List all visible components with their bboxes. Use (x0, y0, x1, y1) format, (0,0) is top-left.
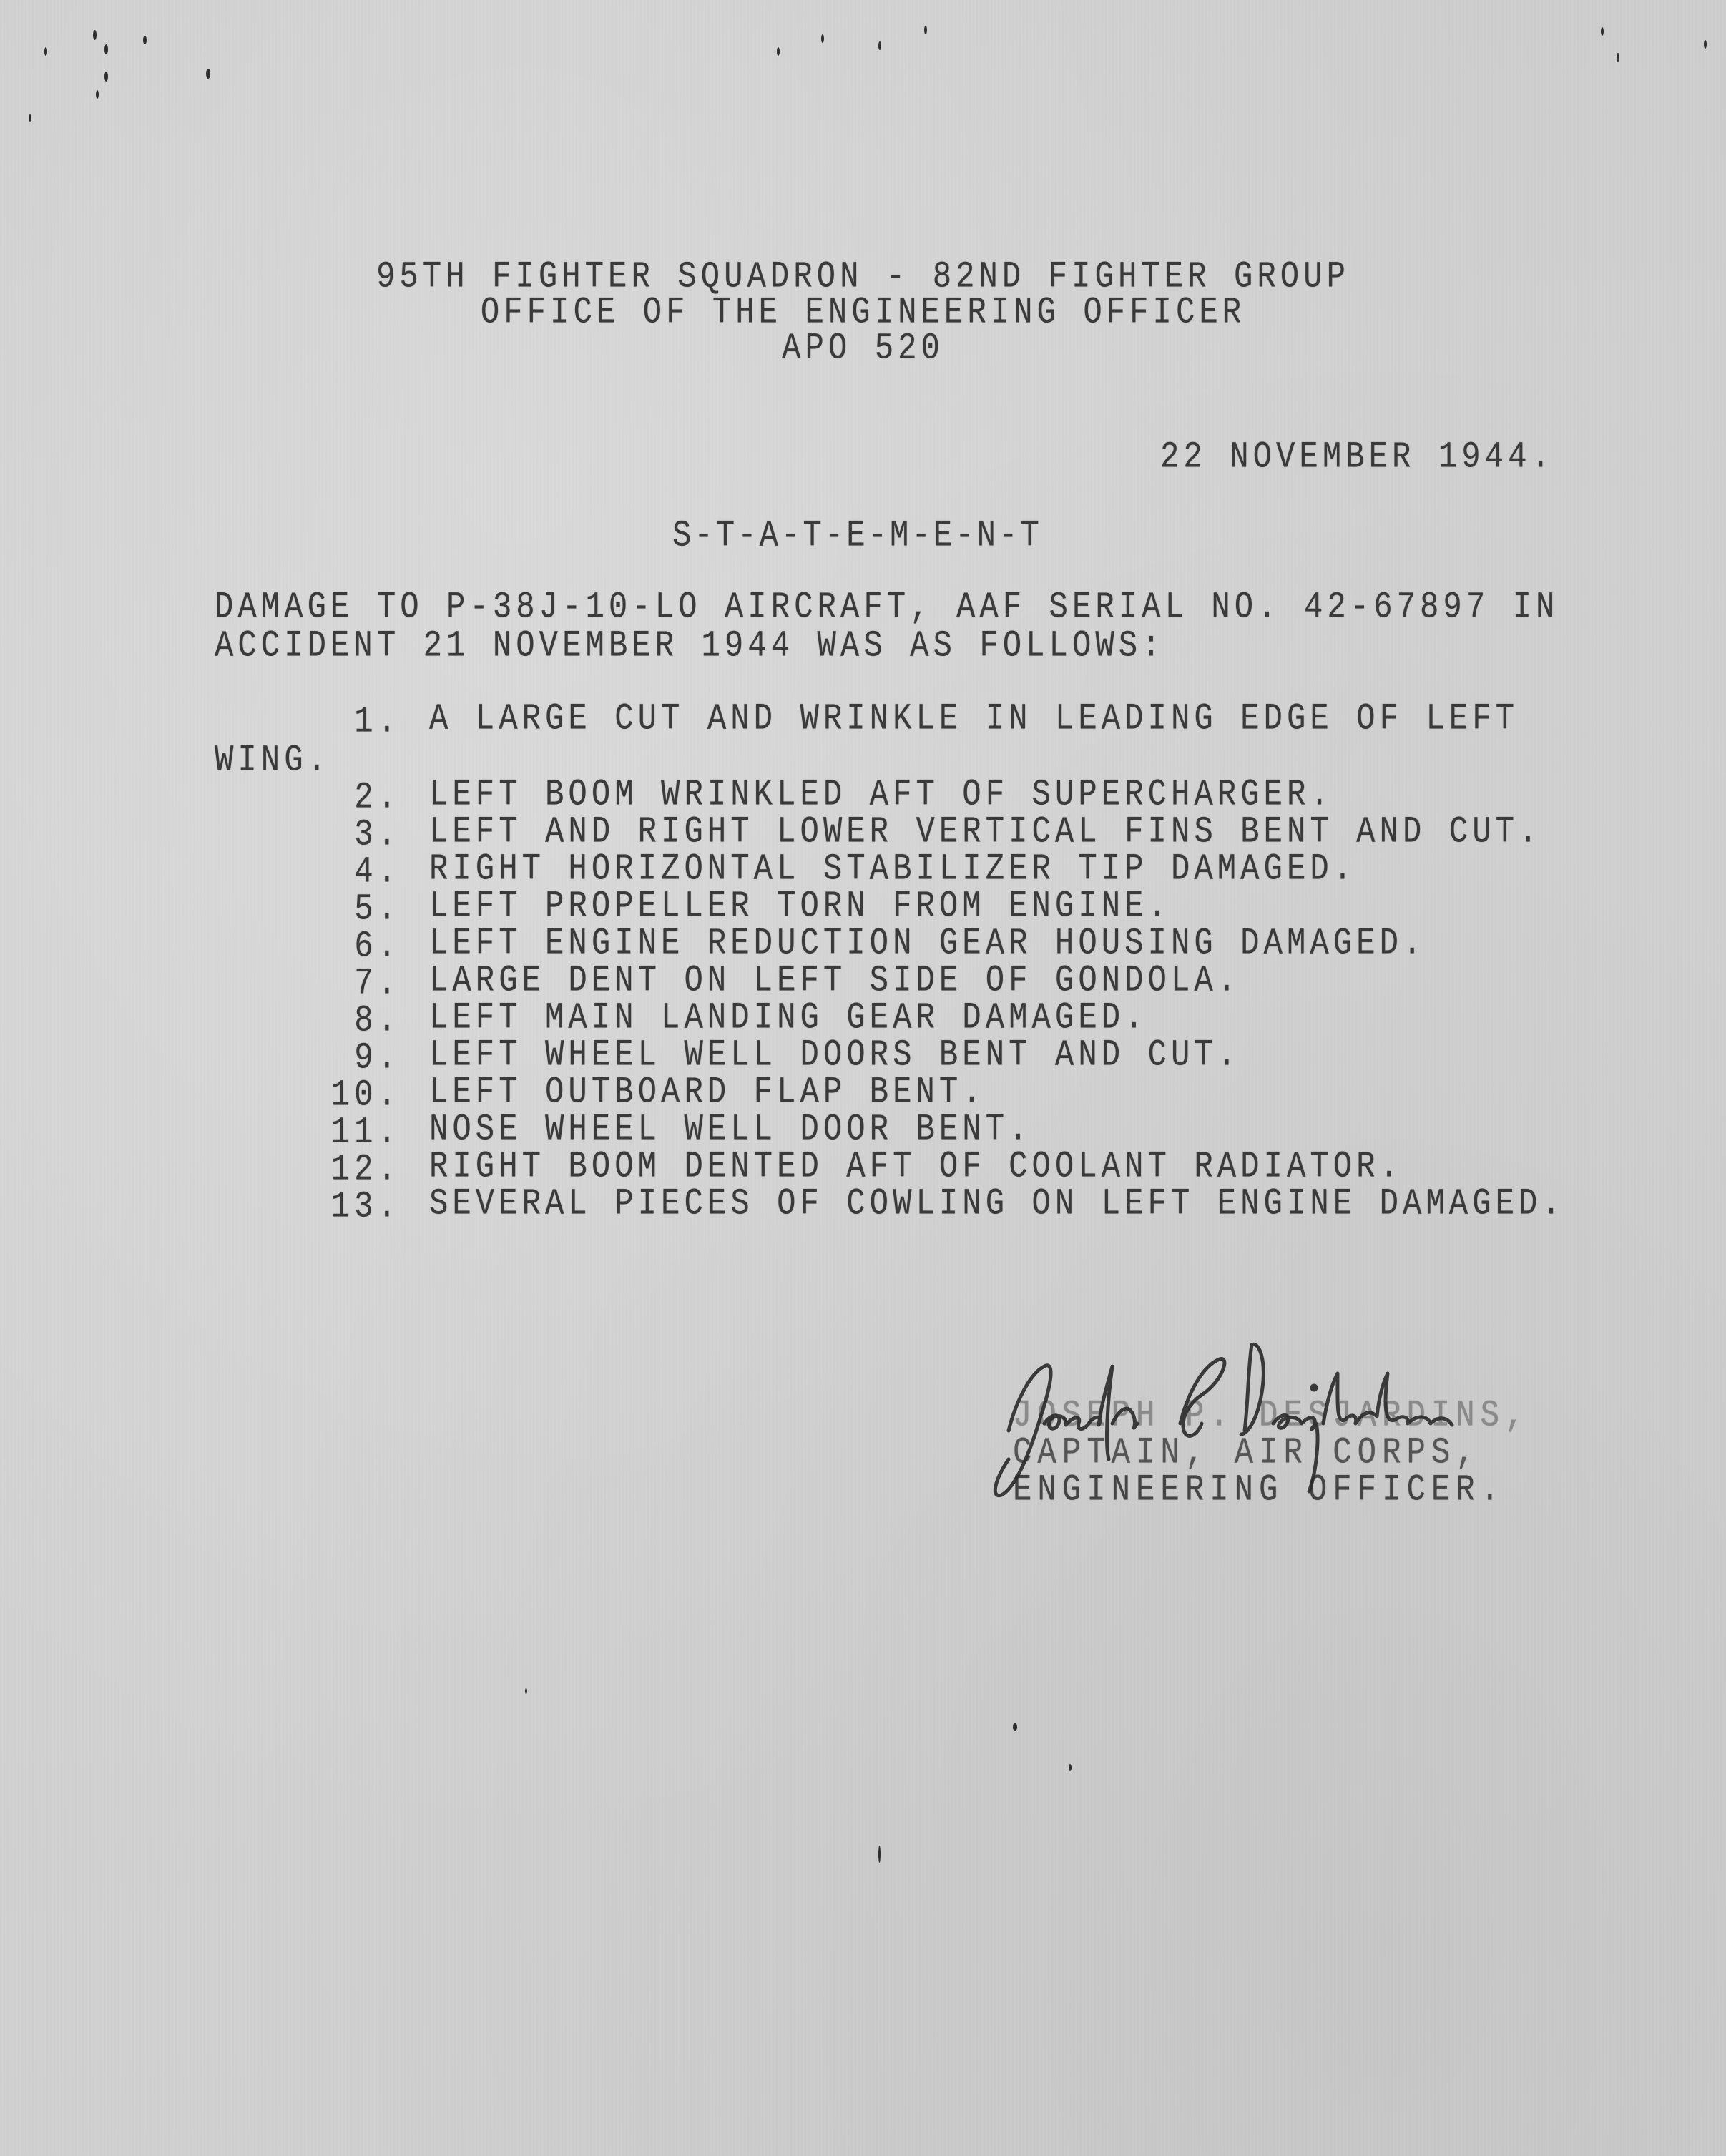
item-text: LEFT OUTBOARD FLAP BENT. (429, 1072, 986, 1114)
item-text: LEFT PROPELLER TORN FROM ENGINE. (429, 886, 1171, 928)
item-text: NOSE WHEEL WELL DOOR BENT. (429, 1109, 1032, 1151)
dust-speck (96, 90, 99, 99)
dust-speck (206, 69, 210, 79)
dust-speck (104, 72, 108, 82)
item-text: LEFT AND RIGHT LOWER VERTICAL FINS BENT … (429, 811, 1541, 853)
item-text: LEFT BOOM WRINKLED AFT OF SUPERCHARGER. (429, 774, 1333, 816)
item-number: 7. (322, 963, 401, 1005)
item-text: RIGHT HORIZONTAL STABILIZER TIP DAMAGED. (429, 848, 1356, 891)
item-text: LEFT MAIN LANDING GEAR DAMAGED. (429, 997, 1148, 1039)
dust-speck (44, 47, 47, 56)
dust-speck (143, 36, 147, 44)
item-text: SEVERAL PIECES OF COWLING ON LEFT ENGINE… (429, 1183, 1565, 1225)
item-number: 2. (322, 777, 401, 819)
item-number: 13. (322, 1186, 401, 1228)
item-text: LEFT WHEEL WELL DOORS BENT AND CUT. (429, 1034, 1240, 1077)
item-text-continuation: WING. (215, 740, 330, 782)
item-number: 8. (322, 1000, 401, 1042)
item-text: LEFT ENGINE REDUCTION GEAR HOUSING DAMAG… (429, 923, 1426, 965)
item-number: 3. (322, 814, 401, 856)
dust-speck (29, 114, 31, 122)
item-number: 4. (322, 851, 401, 893)
item-number: 11. (322, 1112, 401, 1154)
item-number: 10. (322, 1074, 401, 1117)
item-number: 6. (322, 926, 401, 968)
handwritten-signature (966, 1316, 1481, 1502)
item-number: 9. (322, 1037, 401, 1079)
document-page: 95TH FIGHTER SQUADRON - 82ND FIGHTER GRO… (0, 0, 1726, 2156)
item-number: 12. (322, 1149, 401, 1191)
item-number: 1. (322, 701, 401, 743)
damage-list: 1. A LARGE CUT AND WRINKLE IN LEADING ED… (322, 0, 1681, 2156)
item-text: LARGE DENT ON LEFT SIDE OF GONDOLA. (429, 960, 1240, 1002)
item-text: RIGHT BOOM DENTED AFT OF COOLANT RADIATO… (429, 1146, 1403, 1188)
item-number: 5. (322, 888, 401, 931)
item-text: A LARGE CUT AND WRINKLE IN LEADING EDGE … (429, 698, 1519, 740)
dust-speck (93, 30, 97, 40)
dust-speck (1704, 40, 1707, 49)
dust-speck (104, 44, 108, 54)
